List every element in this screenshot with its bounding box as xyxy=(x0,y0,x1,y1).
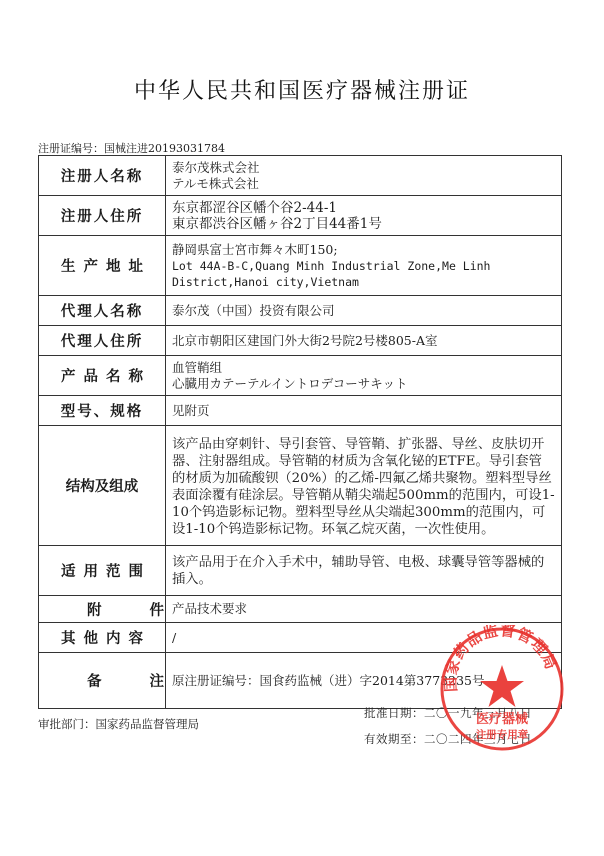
value-registrant-name: 泰尔茂株式会社 テルモ株式会社 xyxy=(166,156,562,196)
label-production-address: 生产地址 xyxy=(39,236,166,296)
row-registrant-name: 注册人名称 泰尔茂株式会社 テルモ株式会社 xyxy=(39,156,562,196)
value-remarks: 原注册证编号：国食药监械（进）字2014第3773235号 xyxy=(166,653,562,709)
label-product-name: 产品名称 xyxy=(39,356,166,396)
registration-number-value: 国械注进20193031784 xyxy=(104,142,225,155)
label-agent-address: 代理人住所 xyxy=(39,326,166,356)
label-registrant-name: 注册人名称 xyxy=(39,156,166,196)
registration-number-label: 注册证编号： xyxy=(38,142,104,155)
row-registrant-address: 注册人住所 东京都涩谷区幡个谷2-44-1 東京都渋谷区幡ヶ谷2丁目44番1号 xyxy=(39,196,562,236)
label-remarks: 备注 xyxy=(39,653,166,709)
row-product-name: 产品名称 血管鞘组 心臓用カテーテルイントロデコーサキット xyxy=(39,356,562,396)
row-remarks: 备注 原注册证编号：国食药监械（进）字2014第3773235号 xyxy=(39,653,562,709)
label-attachment: 附件 xyxy=(39,596,166,623)
row-model-spec: 型号、规格 见附页 xyxy=(39,396,562,426)
document-title: 中华人民共和国医疗器械注册证 xyxy=(0,74,604,105)
row-other-content: 其他内容 / xyxy=(39,623,562,653)
value-model-spec: 见附页 xyxy=(166,396,562,426)
value-other-content: / xyxy=(166,623,562,653)
value-attachment: 产品技术要求 xyxy=(166,596,562,623)
value-registrant-address: 东京都涩谷区幡个谷2-44-1 東京都渋谷区幡ヶ谷2丁目44番1号 xyxy=(166,196,562,236)
row-scope-of-application: 适用范围 该产品用于在介入手术中，辅助导管、电极、球囊导管等器械的插入。 xyxy=(39,546,562,596)
row-agent-address: 代理人住所 北京市朝阳区建国门外大街2号院2号楼805-A室 xyxy=(39,326,562,356)
certificate-table: 注册人名称 泰尔茂株式会社 テルモ株式会社 注册人住所 东京都涩谷区幡个谷2-4… xyxy=(38,155,562,709)
value-agent-address: 北京市朝阳区建国门外大街2号院2号楼805-A室 xyxy=(166,326,562,356)
approval-department: 审批部门：国家药品监督管理局 xyxy=(38,716,199,732)
label-other-content: 其他内容 xyxy=(39,623,166,653)
value-scope-of-application: 该产品用于在介入手术中，辅助导管、电极、球囊导管等器械的插入。 xyxy=(166,546,562,596)
row-attachment: 附件 产品技术要求 xyxy=(39,596,562,623)
value-structure-composition: 该产品由穿刺针、导引套管、导管鞘、扩张器、导丝、皮肤切开器、注射器组成。导管鞘的… xyxy=(166,426,562,546)
label-model-spec: 型号、规格 xyxy=(39,396,166,426)
approval-date: 批准日期：二〇一九年三月八日 xyxy=(364,705,532,721)
label-scope-of-application: 适用范围 xyxy=(39,546,166,596)
row-production-address: 生产地址 静岡県富士宮市舞々木町150; Lot 44A-B-C,Quang M… xyxy=(39,236,562,296)
value-product-name: 血管鞘组 心臓用カテーテルイントロデコーサキット xyxy=(166,356,562,396)
label-agent-name: 代理人名称 xyxy=(39,296,166,326)
label-structure-composition: 结构及组成 xyxy=(39,426,166,546)
valid-until-date: 有效期至：二〇二四年三月七日 xyxy=(364,731,532,747)
row-structure-composition: 结构及组成 该产品由穿刺针、导引套管、导管鞘、扩张器、导丝、皮肤切开器、注射器组… xyxy=(39,426,562,546)
row-agent-name: 代理人名称 泰尔茂（中国）投资有限公司 xyxy=(39,296,562,326)
label-registrant-address: 注册人住所 xyxy=(39,196,166,236)
value-production-address: 静岡県富士宮市舞々木町150; Lot 44A-B-C,Quang Minh I… xyxy=(166,236,562,296)
value-agent-name: 泰尔茂（中国）投资有限公司 xyxy=(166,296,562,326)
registration-number: 注册证编号：国械注进20193031784 xyxy=(38,140,225,156)
